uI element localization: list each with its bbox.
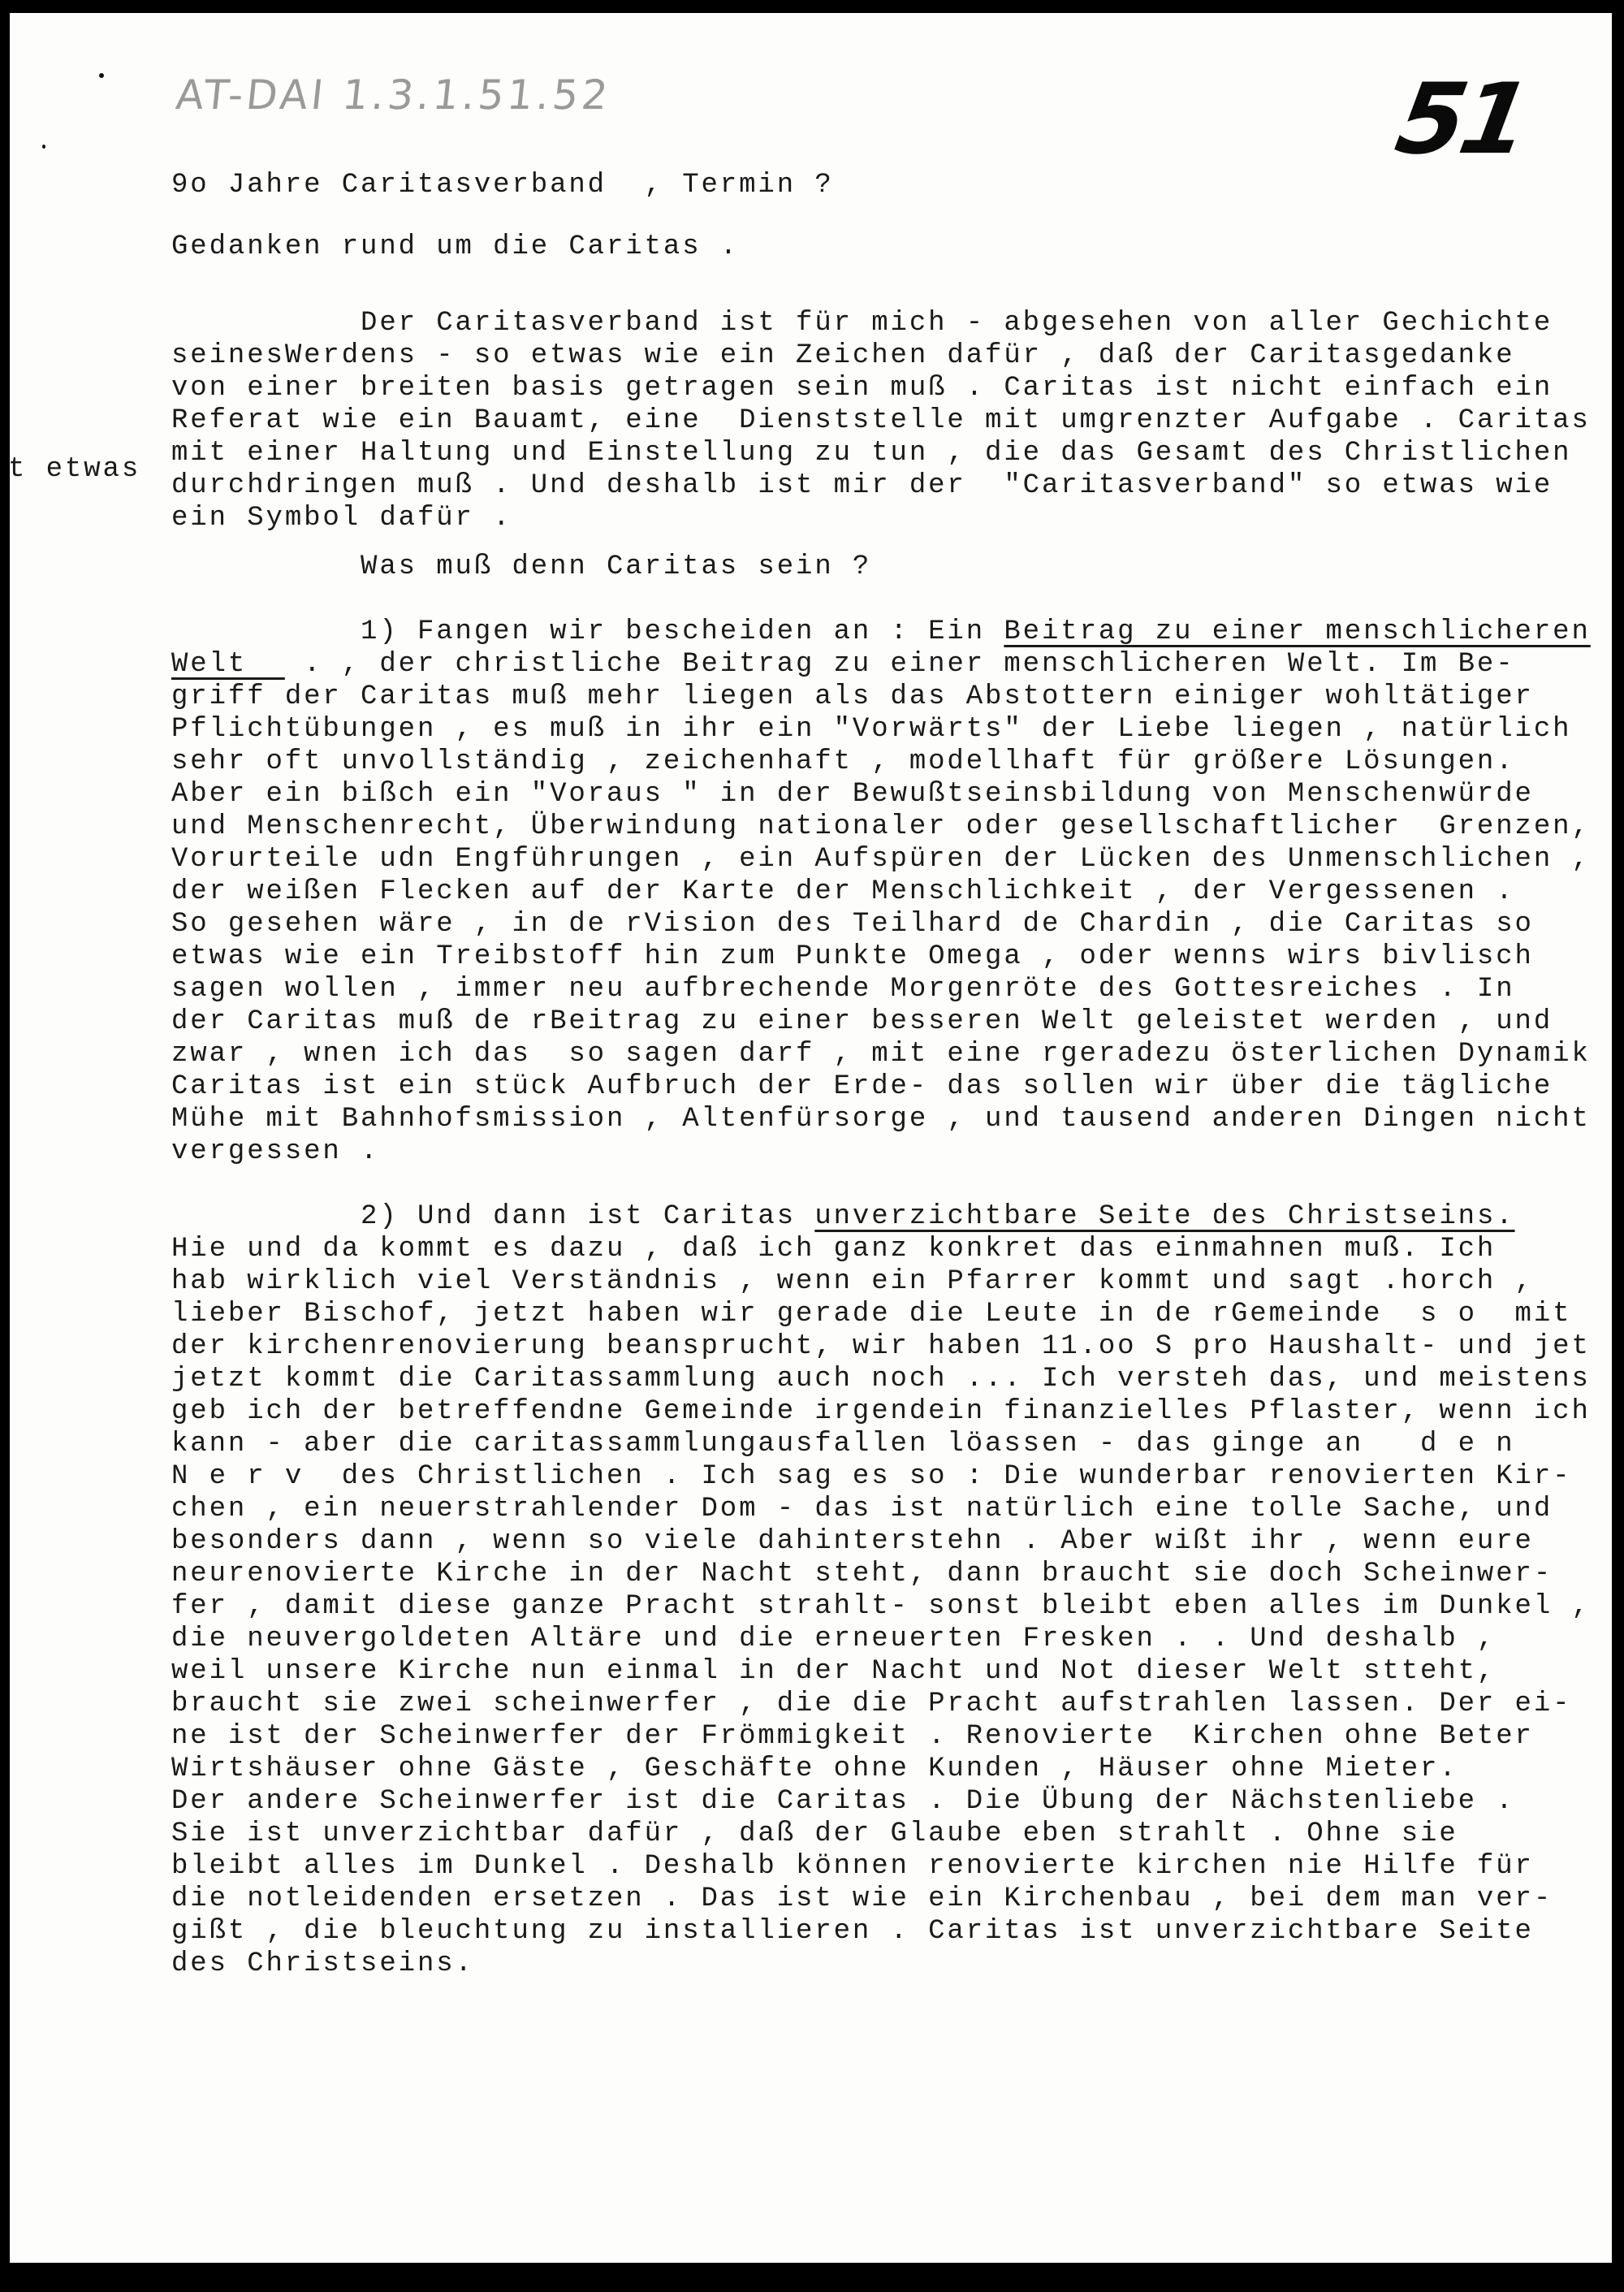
page-number-annotation: 51 <box>1389 63 1535 176</box>
line-text: lieber Bischof, jetzt haben wir gerade d… <box>171 1299 1571 1330</box>
line-text: Mühe mit Bahnhofsmission , Altenfürsorge… <box>171 1104 1591 1135</box>
underlined-text: Welt <box>171 649 285 680</box>
text-line: die neuvergoldeten Altäre und die erneue… <box>171 1623 1496 1655</box>
text-line: lieber Bischof, jetzt haben wir gerade d… <box>171 1298 1571 1330</box>
text-line: gißt , die bleuchtung zu installieren . … <box>171 1915 1534 1948</box>
line-text: und Menschenrecht, Überwindung nationale… <box>171 811 1591 842</box>
line-text: chen , ein neuerstrahlender Dom - das is… <box>171 1494 1553 1524</box>
archive-signature-annotation: AT-DAI 1.3.1.51.52 <box>174 71 613 119</box>
line-text: Was muß denn Caritas sein ? <box>171 551 871 582</box>
text-line: seinesWerdens - so etwas wie ein Zeichen… <box>171 339 1515 372</box>
text-line: 2) Und dann ist Caritas unverzichtbare S… <box>171 1200 1515 1233</box>
marginal-text-fragment: t etwas <box>10 453 140 486</box>
line-text: Sie ist unverzichtbar dafür , daß der Gl… <box>171 1818 1458 1849</box>
text-line: fer , damit diese ganze Pracht strahlt- … <box>171 1590 1591 1623</box>
line-text: bleibt alles im Dunkel . Deshalb können … <box>171 1851 1534 1882</box>
line-text: neurenovierte Kirche in der Nacht steht,… <box>171 1559 1553 1589</box>
text-line: Sie ist unverzichtbar dafür , daß der Gl… <box>171 1818 1458 1850</box>
text-line: weil unsere Kirche nun einmal in der Nac… <box>171 1655 1496 1688</box>
line-text: 1) Fangen wir bescheiden an : Ein <box>171 616 1004 647</box>
text-line: chen , ein neuerstrahlender Dom - das is… <box>171 1493 1553 1525</box>
document-page: AT-DAI 1.3.1.51.52 51 9o Jahre Caritasve… <box>10 13 1612 2263</box>
line-text: kann - aber die caritassammlungausfallen… <box>171 1429 1515 1460</box>
text-line: mit einer Haltung und Einstellung zu tun… <box>171 437 1571 469</box>
text-line: Welt . , der christliche Beitrag zu eine… <box>171 648 1515 681</box>
text-line: zwar , wnen ich das so sagen darf , mit … <box>171 1038 1591 1070</box>
ink-speck <box>42 145 45 149</box>
line-text: ne ist der Scheinwerfer der Frömmigkeit … <box>171 1721 1534 1752</box>
line-text: Aber ein bißch ein "Voraus " in der Bewu… <box>171 779 1534 810</box>
text-line: Wirtshäuser ohne Gäste , Geschäfte ohne … <box>171 1753 1458 1785</box>
line-text: seinesWerdens - so etwas wie ein Zeichen… <box>171 340 1515 371</box>
text-line: hab wirklich viel Verständnis , wenn ein… <box>171 1265 1534 1298</box>
line-text: N e r v des Christlichen . Ich sag es so… <box>171 1461 1571 1492</box>
text-line: bleibt alles im Dunkel . Deshalb können … <box>171 1850 1534 1883</box>
text-line: Was muß denn Caritas sein ? <box>171 551 871 583</box>
line-text: Referat wie ein Bauamt, eine Dienststell… <box>171 405 1591 436</box>
line-text: Vorurteile udn Engführungen , ein Aufspü… <box>171 844 1591 875</box>
line-text: Wirtshäuser ohne Gäste , Geschäfte ohne … <box>171 1754 1458 1784</box>
text-line: geb ich der betreffendne Gemeinde irgend… <box>171 1395 1591 1428</box>
text-line: Caritas ist ein stück Aufbruch der Erde-… <box>171 1070 1553 1103</box>
text-line: Der andere Scheinwerfer ist die Caritas … <box>171 1785 1515 1818</box>
line-text: 2) Und dann ist Caritas <box>171 1201 814 1232</box>
ink-speck <box>99 73 104 78</box>
line-text: braucht sie zwei scheinwerfer , die die … <box>171 1689 1571 1719</box>
text-line: sagen wollen , immer neu aufbrechende Mo… <box>171 973 1515 1005</box>
text-line: kann - aber die caritassammlungausfallen… <box>171 1428 1515 1460</box>
line-text: die notleidenden ersetzen . Das ist wie … <box>171 1883 1553 1914</box>
text-line: Hie und da kommt es dazu , daß ich ganz … <box>171 1233 1496 1265</box>
text-line: der weißen Flecken auf der Karte der Men… <box>171 876 1515 908</box>
line-text: etwas wie ein Treibstoff hin zum Punkte … <box>171 941 1534 972</box>
line-text: Pflichtübungen , es muß in ihr ein "Vorw… <box>171 714 1571 745</box>
line-text: jetzt kommt die Caritassammlung auch noc… <box>171 1364 1591 1395</box>
text-line: Pflichtübungen , es muß in ihr ein "Vorw… <box>171 713 1571 746</box>
text-line: besonders dann , wenn so viele dahinters… <box>171 1525 1534 1558</box>
text-line: braucht sie zwei scheinwerfer , die die … <box>171 1688 1571 1720</box>
text-line: N e r v des Christlichen . Ich sag es so… <box>171 1460 1571 1493</box>
line-text: weil unsere Kirche nun einmal in der Nac… <box>171 1656 1496 1687</box>
line-text: mit einer Haltung und Einstellung zu tun… <box>171 438 1571 469</box>
text-line: sehr oft unvollständig , zeichenhaft , m… <box>171 746 1515 778</box>
line-text: sehr oft unvollständig , zeichenhaft , m… <box>171 746 1515 777</box>
line-text: gißt , die bleuchtung zu installieren . … <box>171 1916 1534 1947</box>
line-text: der weißen Flecken auf der Karte der Men… <box>171 876 1515 907</box>
text-line: von einer breiten basis getragen sein mu… <box>171 372 1553 404</box>
line-text: von einer breiten basis getragen sein mu… <box>171 373 1553 404</box>
text-line: ne ist der Scheinwerfer der Frömmigkeit … <box>171 1720 1534 1753</box>
text-line: griff der Caritas muß mehr liegen als da… <box>171 681 1534 713</box>
line-text: Der andere Scheinwerfer ist die Caritas … <box>171 1786 1515 1817</box>
line-text: So gesehen wäre , in de rVision des Teil… <box>171 909 1534 940</box>
document-title: 9o Jahre Caritasverband , Termin ? <box>171 169 834 201</box>
text-line: etwas wie ein Treibstoff hin zum Punkte … <box>171 941 1534 973</box>
underlined-text: Beitrag zu einer menschlicheren <box>1004 616 1590 647</box>
text-line: neurenovierte Kirche in der Nacht steht,… <box>171 1558 1553 1590</box>
text-line: die notleidenden ersetzen . Das ist wie … <box>171 1883 1553 1915</box>
text-line: des Christseins. <box>171 1948 474 1980</box>
text-line: vergessen . <box>171 1135 379 1168</box>
text-line: ein Symbol dafür . <box>171 502 512 534</box>
line-text: sagen wollen , immer neu aufbrechende Mo… <box>171 974 1515 1005</box>
line-text: ein Symbol dafür . <box>171 503 512 534</box>
document-subtitle: Gedanken rund um die Caritas . <box>171 231 739 263</box>
underlined-text: unverzichtbare Seite des Christseins. <box>814 1201 1514 1232</box>
text-line: der kirchenrenovierung beansprucht, wir … <box>171 1330 1591 1363</box>
text-line: jetzt kommt die Caritassammlung auch noc… <box>171 1363 1591 1395</box>
line-text: Caritas ist ein stück Aufbruch der Erde-… <box>171 1071 1553 1102</box>
line-text: Der Caritasverband ist für mich - abgese… <box>171 308 1553 339</box>
line-text: griff der Caritas muß mehr liegen als da… <box>171 681 1534 712</box>
line-text: zwar , wnen ich das so sagen darf , mit … <box>171 1039 1591 1070</box>
line-text: geb ich der betreffendne Gemeinde irgend… <box>171 1396 1591 1427</box>
text-line: durchdringen muß . Und deshalb ist mir d… <box>171 469 1553 502</box>
line-text: . , der christliche Beitrag zu einer men… <box>285 649 1515 680</box>
line-text: vergessen . <box>171 1136 379 1167</box>
text-line: Aber ein bißch ein "Voraus " in der Bewu… <box>171 778 1534 811</box>
text-line: und Menschenrecht, Überwindung nationale… <box>171 811 1591 843</box>
text-line: Vorurteile udn Engführungen , ein Aufspü… <box>171 843 1591 876</box>
line-text: fer , damit diese ganze Pracht strahlt- … <box>171 1591 1591 1622</box>
text-line: Der Caritasverband ist für mich - abgese… <box>171 307 1553 339</box>
line-text: die neuvergoldeten Altäre und die erneue… <box>171 1624 1496 1654</box>
text-line: Mühe mit Bahnhofsmission , Altenfürsorge… <box>171 1103 1591 1135</box>
line-text: besonders dann , wenn so viele dahinters… <box>171 1526 1534 1557</box>
text-line: Referat wie ein Bauamt, eine Dienststell… <box>171 404 1591 437</box>
line-text: des Christseins. <box>171 1948 474 1979</box>
text-line: So gesehen wäre , in de rVision des Teil… <box>171 908 1534 941</box>
line-text: der kirchenrenovierung beansprucht, wir … <box>171 1331 1591 1362</box>
line-text: Hie und da kommt es dazu , daß ich ganz … <box>171 1234 1496 1265</box>
line-text: der Caritas muß de rBeitrag zu einer bes… <box>171 1006 1553 1037</box>
line-text: durchdringen muß . Und deshalb ist mir d… <box>171 470 1553 501</box>
line-text: hab wirklich viel Verständnis , wenn ein… <box>171 1266 1534 1297</box>
text-line: der Caritas muß de rBeitrag zu einer bes… <box>171 1005 1553 1038</box>
text-line: 1) Fangen wir bescheiden an : Ein Beitra… <box>171 616 1591 648</box>
